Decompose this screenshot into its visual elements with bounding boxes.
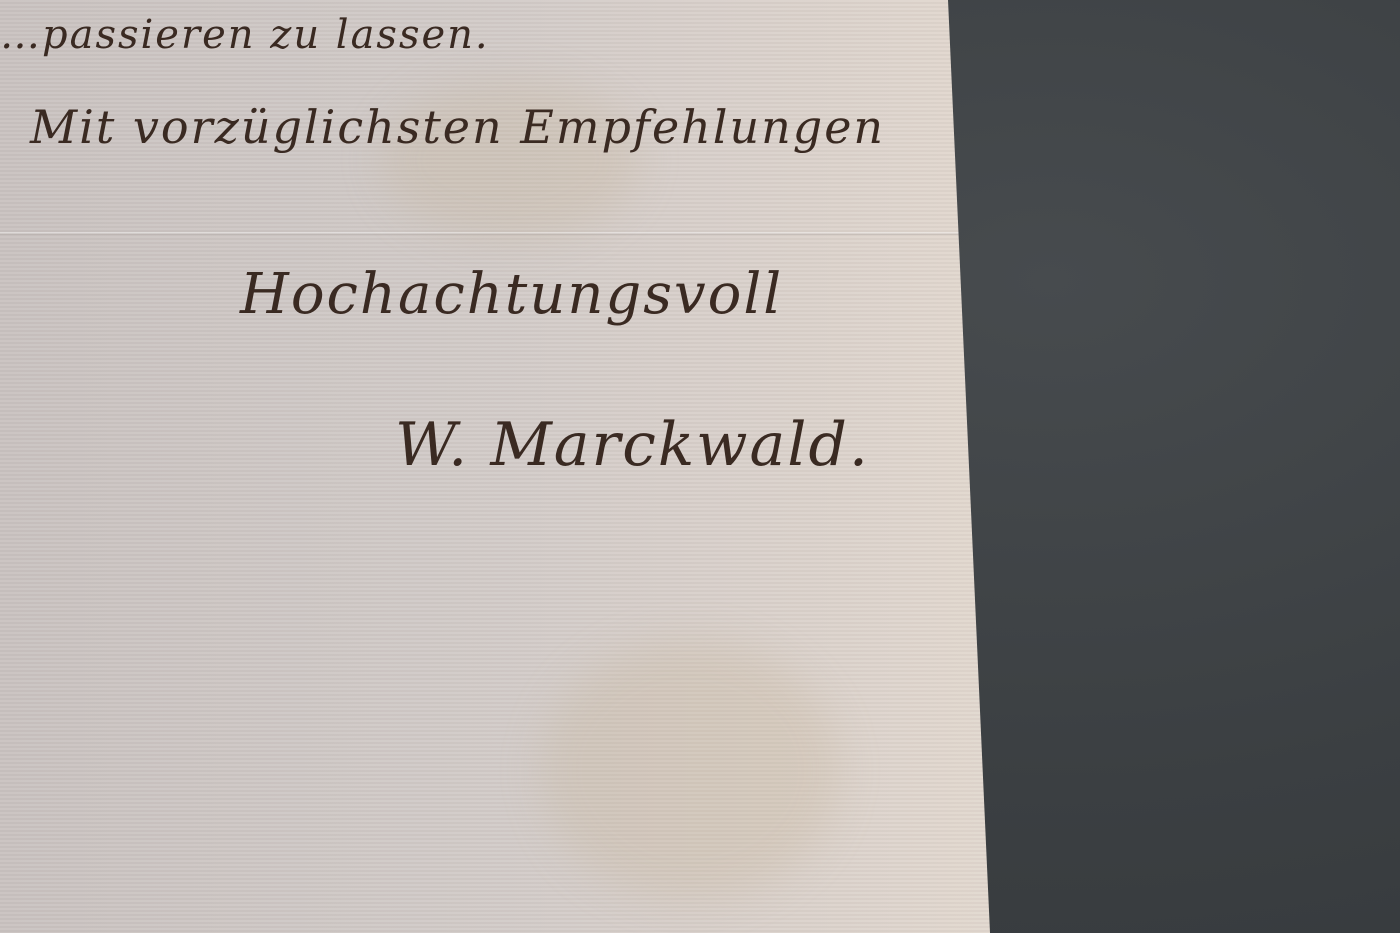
letter-closing: Hochachtungsvoll [240,262,783,327]
letter-line-1: …passieren zu lassen. [0,12,490,58]
paper-stain [540,640,840,900]
letter-page: …passieren zu lassen. Mit vorzüglichsten… [0,0,990,933]
letter-line-2: Mit vorzüglichsten Empfehlungen [30,100,885,154]
paper-fold-crease [0,232,960,235]
letter-signature: W. Marckwald. [395,410,870,480]
